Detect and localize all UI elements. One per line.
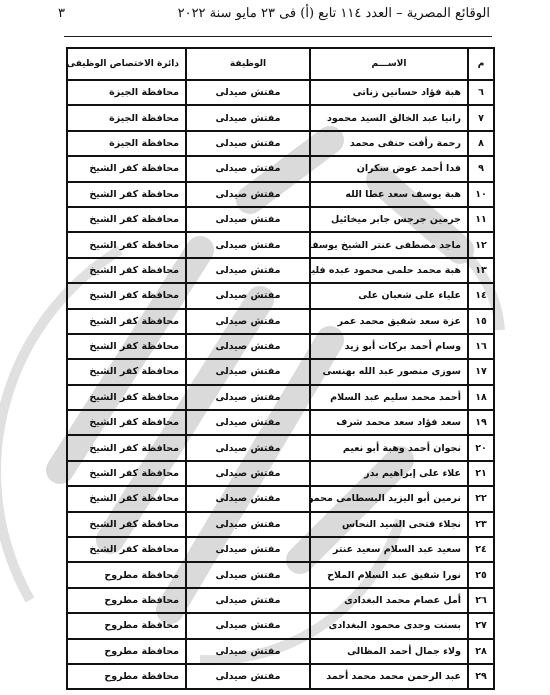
district: محافظة كفر الشيخ [67, 283, 186, 308]
row-number: ٢٠ [468, 435, 494, 460]
employee-name: سعد فؤاد سعد محمد شرف [310, 410, 468, 435]
gazette-title: الوقائع المصرية – العدد ١١٤ تابع (أ) فى … [178, 6, 490, 21]
district: محافظة مطروح [67, 588, 186, 613]
job-title: مفتش صيدلى [186, 156, 310, 181]
employee-name: رحمة رأفت حنفى محمد [310, 131, 468, 156]
job-title: مفتش صيدلى [186, 80, 310, 105]
table-row: ٢٦أمل عصام محمد البغدادىمفتش صيدلىمحافظة… [67, 588, 494, 613]
job-title: مفتش صيدلى [186, 232, 310, 257]
table-row: ٨رحمة رأفت حنفى محمدمفتش صيدلىمحافظة الج… [67, 131, 494, 156]
row-number: ٢١ [468, 461, 494, 486]
employee-name: ولاء جمال أحمد المظالى [310, 639, 468, 664]
row-number: ٢٩ [468, 664, 494, 689]
job-title: مفتش صيدلى [186, 562, 310, 587]
job-title: مفتش صيدلى [186, 105, 310, 130]
district: محافظة كفر الشيخ [67, 207, 186, 232]
column-header-district: دائرة الاختصاص الوظيفى [67, 48, 186, 80]
table-row: ٩فدا أحمد عوض سكرانمفتش صيدلىمحافظة كفر … [67, 156, 494, 181]
district: محافظة كفر الشيخ [67, 385, 186, 410]
district: محافظة كفر الشيخ [67, 435, 186, 460]
column-header-number: م [468, 48, 494, 80]
employee-name: ماجد مصطفى عنتر الشيخ يوسف [310, 232, 468, 257]
district: محافظة الجيزة [67, 131, 186, 156]
job-title: مفتش صيدلى [186, 588, 310, 613]
row-number: ١٧ [468, 359, 494, 384]
district: محافظة كفر الشيخ [67, 258, 186, 283]
job-title: مفتش صيدلى [186, 664, 310, 689]
job-title: مفتش صيدلى [186, 359, 310, 384]
job-title: مفتش صيدلى [186, 258, 310, 283]
district: محافظة كفر الشيخ [67, 334, 186, 359]
row-number: ٢٧ [468, 613, 494, 638]
table-row: ١٩سعد فؤاد سعد محمد شرفمفتش صيدلىمحافظة … [67, 410, 494, 435]
employee-name: علياء على شعبان على [310, 283, 468, 308]
employee-name: علاء على إبراهيم بدر [310, 461, 468, 486]
table-row: ١٥عزة سعد شفيق محمد عمرمفتش صيدلىمحافظة … [67, 309, 494, 334]
table-row: ١٠هبة يوسف سعد عطا اللهمفتش صيدلىمحافظة … [67, 182, 494, 207]
district: محافظة مطروح [67, 639, 186, 664]
job-title: مفتش صيدلى [186, 435, 310, 460]
row-number: ٢٨ [468, 639, 494, 664]
employee-name: نرمين أبو اليزيد البسطامى محمود [310, 486, 468, 511]
row-number: ١٢ [468, 232, 494, 257]
employee-name: جرمين جرجس جابر ميخائيل [310, 207, 468, 232]
district: محافظة كفر الشيخ [67, 156, 186, 181]
table-row: ٢٧بسنت وجدى محمود البغدادىمفتش صيدلىمحاف… [67, 613, 494, 638]
district: محافظة كفر الشيخ [67, 512, 186, 537]
row-number: ١٨ [468, 385, 494, 410]
table-row: ٢٤سعيد عبد السلام سعيد عنترمفتش صيدلىمحا… [67, 537, 494, 562]
table-row: ٢٨ولاء جمال أحمد المظالىمفتش صيدلىمحافظة… [67, 639, 494, 664]
employee-name: هبة فؤاد حسانين زناتى [310, 80, 468, 105]
row-number: ٢٣ [468, 512, 494, 537]
district: محافظة كفر الشيخ [67, 410, 186, 435]
employee-name: هبة محمد حلمى محمود عبده فليفل [310, 258, 468, 283]
employee-name: نجوان أحمد وهبة أبو نعيم [310, 435, 468, 460]
district: محافظة مطروح [67, 664, 186, 689]
row-number: ٩ [468, 156, 494, 181]
page-number: ٣ [58, 6, 65, 21]
employee-name: أحمد محمد سليم عبد السلام [310, 385, 468, 410]
employee-name: فدا أحمد عوض سكران [310, 156, 468, 181]
row-number: ٨ [468, 131, 494, 156]
table-row: ١٢ماجد مصطفى عنتر الشيخ يوسفمفتش صيدلىمح… [67, 232, 494, 257]
row-number: ١٠ [468, 182, 494, 207]
employee-name: عبد الرحمن محمد محمد أحمد [310, 664, 468, 689]
job-title: مفتش صيدلى [186, 131, 310, 156]
district: محافظة كفر الشيخ [67, 182, 186, 207]
job-title: مفتش صيدلى [186, 486, 310, 511]
table-row: ٦هبة فؤاد حسانين زناتىمفتش صيدلىمحافظة ا… [67, 80, 494, 105]
row-number: ١٩ [468, 410, 494, 435]
district: محافظة الجيزة [67, 105, 186, 130]
table-row: ١١جرمين جرجس جابر ميخائيلمفتش صيدلىمحافظ… [67, 207, 494, 232]
row-number: ٦ [468, 80, 494, 105]
employee-name: نورا شفيق عبد السلام الملاح [310, 562, 468, 587]
district: محافظة مطروح [67, 562, 186, 587]
employee-table: م الاســـم الوظيفة دائرة الاختصاص الوظيف… [66, 47, 495, 690]
employee-name: أمل عصام محمد البغدادى [310, 588, 468, 613]
employee-name: نجلاء فتحى السيد النحاس [310, 512, 468, 537]
table-row: ٢١علاء على إبراهيم بدرمفتش صيدلىمحافظة ك… [67, 461, 494, 486]
job-title: مفتش صيدلى [186, 639, 310, 664]
job-title: مفتش صيدلى [186, 334, 310, 359]
row-number: ١١ [468, 207, 494, 232]
row-number: ١٤ [468, 283, 494, 308]
column-header-name: الاســـم [310, 48, 468, 80]
row-number: ١٦ [468, 334, 494, 359]
job-title: مفتش صيدلى [186, 613, 310, 638]
table-row: ٢٢نرمين أبو اليزيد البسطامى محمودمفتش صي… [67, 486, 494, 511]
district: محافظة كفر الشيخ [67, 461, 186, 486]
job-title: مفتش صيدلى [186, 537, 310, 562]
job-title: مفتش صيدلى [186, 309, 310, 334]
employee-name: سعيد عبد السلام سعيد عنتر [310, 537, 468, 562]
district: محافظة الجيزة [67, 80, 186, 105]
page-header: الوقائع المصرية – العدد ١١٤ تابع (أ) فى … [60, 4, 490, 26]
row-number: ٢٥ [468, 562, 494, 587]
table-row: ١٧سوزى منصور عبد الله بهنسىمفتش صيدلىمحا… [67, 359, 494, 384]
row-number: ٢٤ [468, 537, 494, 562]
employee-name: عزة سعد شفيق محمد عمر [310, 309, 468, 334]
district: محافظة كفر الشيخ [67, 359, 186, 384]
district: محافظة كفر الشيخ [67, 537, 186, 562]
district: محافظة مطروح [67, 613, 186, 638]
employee-name: وسام أحمد بركات أبو زيد [310, 334, 468, 359]
employee-name: رانيا عبد الخالق السيد محمود [310, 105, 468, 130]
table-row: ٢٠نجوان أحمد وهبة أبو نعيممفتش صيدلىمحاف… [67, 435, 494, 460]
row-number: ١٣ [468, 258, 494, 283]
table-row: ٧رانيا عبد الخالق السيد محمودمفتش صيدلىم… [67, 105, 494, 130]
employee-name: سوزى منصور عبد الله بهنسى [310, 359, 468, 384]
table-header-row: م الاســـم الوظيفة دائرة الاختصاص الوظيف… [67, 48, 494, 80]
district: محافظة كفر الشيخ [67, 232, 186, 257]
table-row: ٢٥نورا شفيق عبد السلام الملاحمفتش صيدلىم… [67, 562, 494, 587]
employee-name: بسنت وجدى محمود البغدادى [310, 613, 468, 638]
job-title: مفتش صيدلى [186, 461, 310, 486]
header-divider [64, 36, 492, 37]
row-number: ٢٢ [468, 486, 494, 511]
job-title: مفتش صيدلى [186, 410, 310, 435]
table-row: ٢٩عبد الرحمن محمد محمد أحمدمفتش صيدلىمحا… [67, 664, 494, 689]
district: محافظة كفر الشيخ [67, 486, 186, 511]
job-title: مفتش صيدلى [186, 512, 310, 537]
job-title: مفتش صيدلى [186, 182, 310, 207]
table-row: ١٦وسام أحمد بركات أبو زيدمفتش صيدلىمحافظ… [67, 334, 494, 359]
table-row: ١٣هبة محمد حلمى محمود عبده فليفلمفتش صيد… [67, 258, 494, 283]
job-title: مفتش صيدلى [186, 283, 310, 308]
district: محافظة كفر الشيخ [67, 309, 186, 334]
table-row: ١٨أحمد محمد سليم عبد السلاممفتش صيدلىمحا… [67, 385, 494, 410]
job-title: مفتش صيدلى [186, 207, 310, 232]
row-number: ١٥ [468, 309, 494, 334]
employee-name: هبة يوسف سعد عطا الله [310, 182, 468, 207]
row-number: ٧ [468, 105, 494, 130]
job-title: مفتش صيدلى [186, 385, 310, 410]
table-row: ٢٣نجلاء فتحى السيد النحاسمفتش صيدلىمحافظ… [67, 512, 494, 537]
column-header-job: الوظيفة [186, 48, 310, 80]
table-row: ١٤علياء على شعبان علىمفتش صيدلىمحافظة كف… [67, 283, 494, 308]
row-number: ٢٦ [468, 588, 494, 613]
